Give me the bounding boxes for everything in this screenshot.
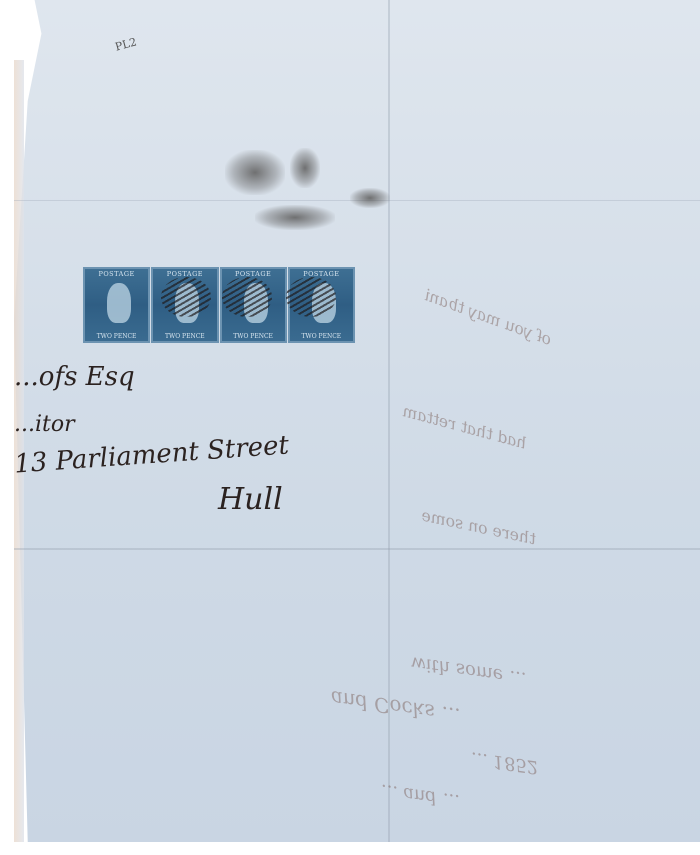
ink-smudge [350, 188, 390, 208]
stamp-top-label: POSTAGE [290, 270, 353, 278]
stamp-strip: POSTAGE TWO PENCE POSTAGE TWO PENCE POST… [83, 267, 356, 343]
postmark-cancel-icon [222, 277, 272, 317]
stamp-bottom-label: TWO PENCE [153, 333, 216, 340]
stamp-bottom-label: TWO PENCE [85, 333, 148, 340]
stamp: POSTAGE TWO PENCE [83, 267, 150, 343]
ink-smudge [255, 205, 335, 230]
letter-paper [14, 0, 700, 842]
stamp: POSTAGE TWO PENCE [151, 267, 218, 343]
postmark-cancel-icon [161, 277, 211, 317]
stamp: POSTAGE TWO PENCE [220, 267, 287, 343]
stamp: POSTAGE TWO PENCE [288, 267, 355, 343]
address-line-2: ...itor [14, 412, 75, 437]
horizontal-fold-line [14, 548, 700, 550]
stamp-bottom-label: TWO PENCE [290, 333, 353, 340]
stamp-bottom-label: TWO PENCE [222, 333, 285, 340]
address-line-4: Hull [218, 482, 283, 517]
postmark-cancel-icon [286, 277, 336, 317]
address-line-1: ...ofs Esq [14, 362, 135, 392]
stamp-top-label: POSTAGE [85, 270, 148, 278]
ink-smudge [225, 150, 285, 195]
ink-smudge [290, 148, 320, 188]
queen-portrait-icon [107, 283, 131, 323]
